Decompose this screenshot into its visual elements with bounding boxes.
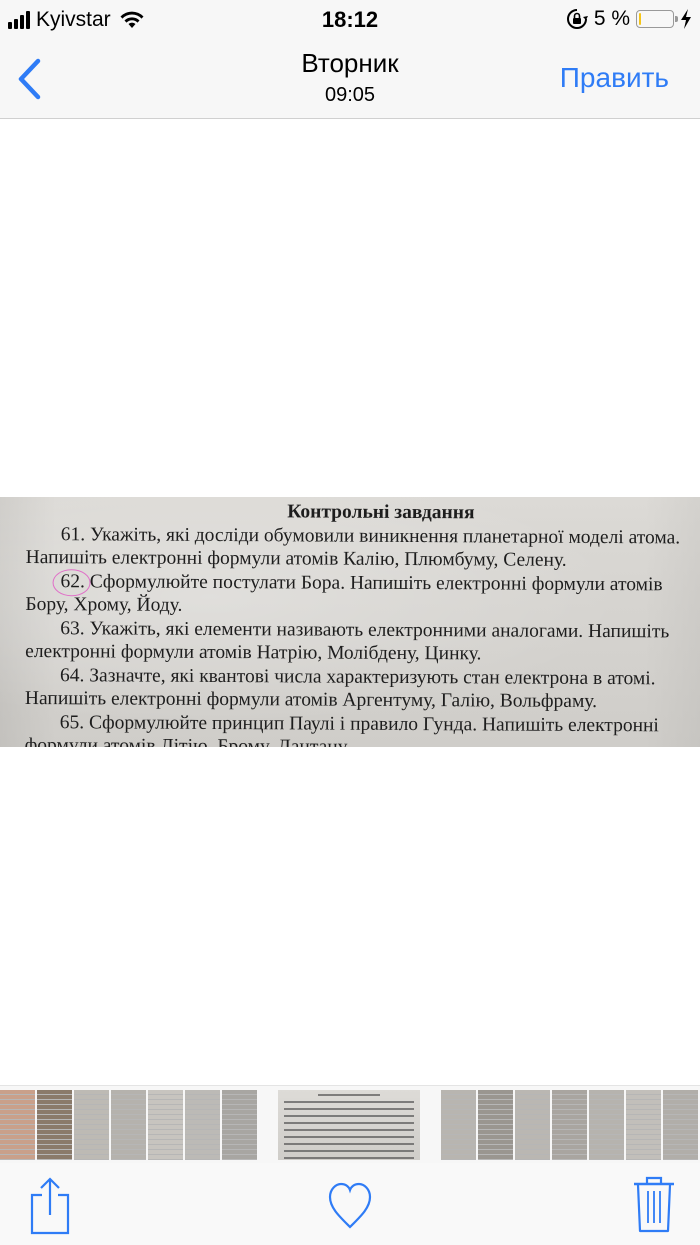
thumbnail-text-line: [284, 1150, 414, 1152]
thumbnail-text-line: [284, 1143, 414, 1145]
charging-bolt-icon: [680, 9, 692, 29]
thumbnail[interactable]: [222, 1090, 257, 1160]
thumbnail[interactable]: [74, 1090, 109, 1160]
trash-icon[interactable]: [632, 1175, 676, 1235]
document-line-text: 64. Зазначте, які квантові числа характе…: [60, 665, 656, 689]
circled-task-number: 62.: [60, 570, 84, 594]
thumbnail[interactable]: [552, 1090, 587, 1160]
share-icon[interactable]: [28, 1175, 72, 1235]
document-line: 62. Сформулюйте постулати Бора. Напишіть…: [25, 569, 695, 596]
document-line-text: Бору, Хрому, Йоду.: [25, 594, 182, 616]
document-line-text: 61. Укажіть, які досліди обумовили виник…: [61, 524, 680, 548]
document-line: Напишіть електронні формули атомів Арген…: [25, 687, 695, 714]
document-line-text: формули атомів Літію, Брому, Лантану.: [25, 735, 351, 747]
thumbnail-text-line: [284, 1122, 414, 1124]
thumbnail-text-line: [284, 1115, 414, 1117]
thumbnail[interactable]: [478, 1090, 513, 1160]
thumbnail[interactable]: [663, 1090, 698, 1160]
current-thumbnail[interactable]: [278, 1090, 420, 1160]
navigation-bar: Вторник 09:05 Править: [0, 40, 700, 119]
document-line-text: Напишіть електронні формули атомів Калію…: [26, 547, 567, 571]
document-line: Бору, Хрому, Йоду.: [25, 593, 695, 620]
thumbnail-text-line: [284, 1108, 414, 1110]
thumbnail-text-line: [284, 1136, 414, 1138]
thumbnails-before: [0, 1090, 257, 1160]
document-line-text: 63. Укажіть, які елементи називають елек…: [60, 618, 669, 642]
photo-viewer[interactable]: Контрольні завдання 61. Укажіть, які дос…: [0, 497, 700, 747]
document-line-text: 65. Сформулюйте принцип Паулі і правило …: [60, 712, 659, 736]
document-line: 61. Укажіть, які досліди обумовили виник…: [26, 522, 696, 549]
battery-percent: 5 %: [594, 7, 630, 31]
thumbnail-text-line: [318, 1094, 380, 1096]
document-line: 65. Сформулюйте принцип Паулі і правило …: [25, 710, 695, 737]
document-line-text: Напишіть електронні формули атомів Арген…: [25, 688, 597, 712]
document-line: Напишіть електронні формули атомів Калію…: [26, 546, 696, 573]
thumbnail[interactable]: [0, 1090, 35, 1160]
thumbnail[interactable]: [37, 1090, 72, 1160]
document-line: 63. Укажіть, які елементи називають елек…: [25, 616, 695, 643]
thumbnail[interactable]: [589, 1090, 624, 1160]
document-line: електронні формули атомів Натрію, Молібд…: [25, 640, 695, 667]
rotation-lock-icon: [566, 8, 588, 30]
document-line: 64. Зазначте, які квантові числа характе…: [25, 663, 695, 690]
status-bar: Kyivstar 18:12 5 %: [0, 0, 700, 40]
battery-icon: [636, 10, 674, 28]
document-line-text: Сформулюйте постулати Бора. Напишіть еле…: [85, 571, 663, 595]
heart-icon[interactable]: [328, 1175, 372, 1235]
thumbnail-text-line: [284, 1129, 414, 1131]
bottom-toolbar: [0, 1163, 700, 1245]
thumbnail-strip[interactable]: [0, 1085, 700, 1164]
thumbnails-after: [441, 1090, 698, 1160]
thumbnail-text-line: [284, 1101, 414, 1103]
document-heading: Контрольні завдання: [26, 499, 696, 526]
status-right: 5 %: [566, 7, 692, 31]
thumbnail[interactable]: [148, 1090, 183, 1160]
document-photo-text: Контрольні завдання 61. Укажіть, які дос…: [25, 497, 696, 747]
document-line-text: електронні формули атомів Натрію, Молібд…: [25, 641, 481, 664]
edit-button[interactable]: Править: [560, 62, 669, 94]
thumbnail[interactable]: [626, 1090, 661, 1160]
thumbnail[interactable]: [185, 1090, 220, 1160]
battery-level: [639, 13, 641, 25]
thumbnail-text-line: [284, 1157, 414, 1159]
thumbnail[interactable]: [515, 1090, 550, 1160]
thumbnail[interactable]: [111, 1090, 146, 1160]
thumbnail[interactable]: [441, 1090, 476, 1160]
